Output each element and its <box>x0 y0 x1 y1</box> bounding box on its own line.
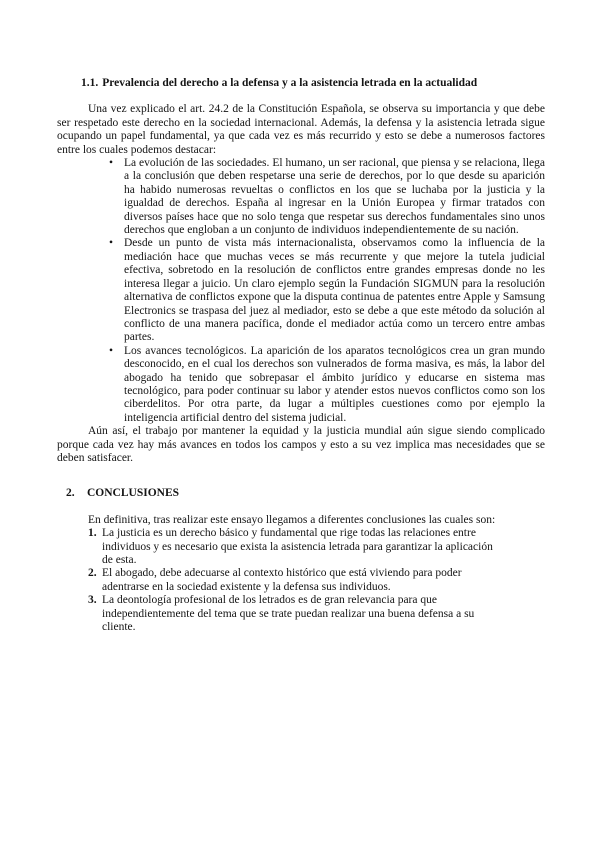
bullet-icon: • <box>109 237 113 250</box>
section-heading: 1.1.Prevalencia del derecho a la defensa… <box>81 77 545 90</box>
intro-paragraph: Una vez explicado el art. 24.2 de la Con… <box>57 103 545 157</box>
bullet-item-technology: •Los avances tecnológicos. La aparición … <box>124 345 545 425</box>
conclusion-item-number: 2. <box>88 567 97 580</box>
document-page: 1.1.Prevalencia del derecho a la defensa… <box>0 0 600 848</box>
conclusion-item-number: 3. <box>88 594 97 607</box>
conclusion-item-justice: 1.La justicia es un derecho básico y fun… <box>57 527 545 567</box>
bullet-item-mediation: •Desde un punto de vista más internacion… <box>124 237 545 344</box>
conclusion-item-deontology: 3.La deontología profesional de los letr… <box>57 594 545 634</box>
conclusion-item-lawyer-context: 2.El abogado, debe adecuarse al contexto… <box>57 567 545 594</box>
closing-paragraph: Aún así, el trabajo por mantener la equi… <box>57 425 545 465</box>
conclusions-heading-number: 2. <box>66 487 87 500</box>
bullet-icon: • <box>109 345 113 358</box>
conclusion-item-text: La deontología profesional de los letrad… <box>102 594 474 633</box>
conclusion-item-number: 1. <box>88 527 97 540</box>
bullet-item-text: Los avances tecnológicos. La aparición d… <box>124 345 545 424</box>
bullet-icon: • <box>109 157 113 170</box>
bullet-list: •La evolución de las sociedades. El huma… <box>57 157 545 425</box>
conclusion-item-text: El abogado, debe adecuarse al contexto h… <box>102 567 462 592</box>
conclusions-list: 1.La justicia es un derecho básico y fun… <box>57 527 545 634</box>
conclusions-heading-text: CONCLUSIONES <box>87 487 179 499</box>
conclusion-item-text: La justicia es un derecho básico y funda… <box>102 527 493 566</box>
conclusions-heading: 2.CONCLUSIONES <box>66 487 545 500</box>
bullet-item-society-evolution: •La evolución de las sociedades. El huma… <box>124 157 545 237</box>
section-heading-text: Prevalencia del derecho a la defensa y a… <box>102 77 477 89</box>
section-heading-number: 1.1. <box>81 77 98 89</box>
bullet-item-text: Desde un punto de vista más internaciona… <box>124 237 545 343</box>
conclusions-intro-paragraph: En definitiva, tras realizar este ensayo… <box>57 514 545 527</box>
bullet-item-text: La evolución de las sociedades. El human… <box>124 157 545 236</box>
